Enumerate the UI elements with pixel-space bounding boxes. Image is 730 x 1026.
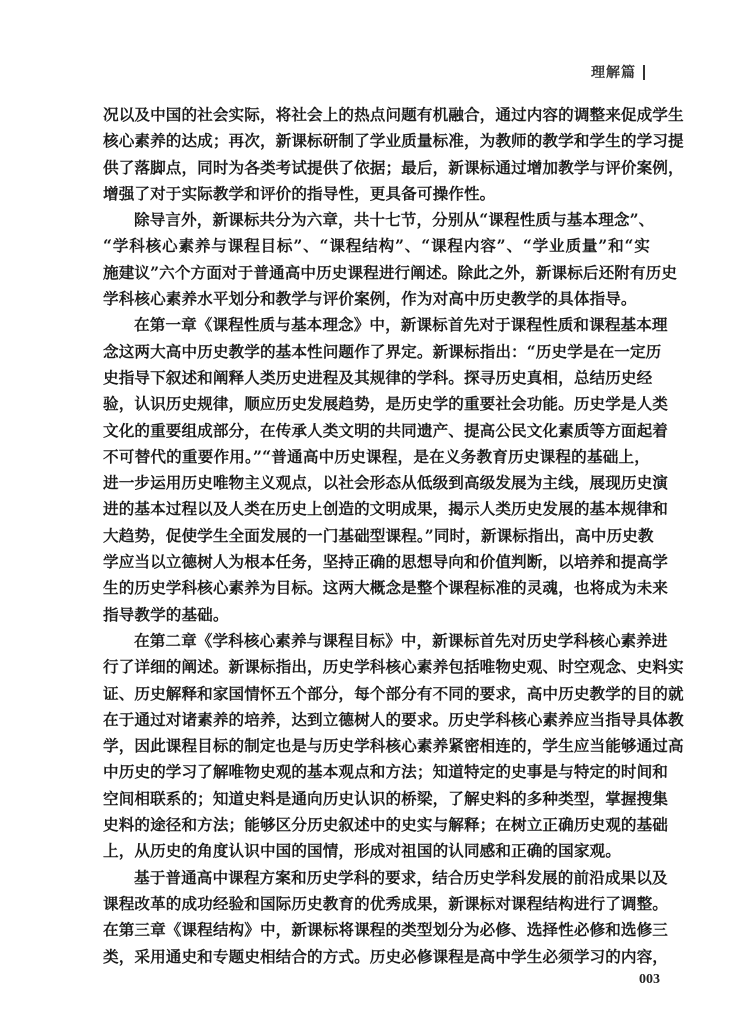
text-line: 课程改革的成功经验和国际历史教育的优秀成果，新课标对课程结构进行了调整。 — [103, 891, 650, 917]
text-line: 空间相联系的；知道史料是通向历史认识的桥梁，了解史料的多种类型，掌握搜集 — [103, 786, 650, 812]
text-line: 史指导下叙述和阐释人类历史进程及其规律的学科。探寻历史真相，总结历史经 — [103, 365, 650, 391]
text-line: 进一步运用历史唯物主义观点，以社会形态从低级到高级发展为主线，展现历史演 — [103, 470, 650, 496]
text-line: 学，因此课程目标的制定也是与历史学科核心素养紧密相连的，学生应当能够通过高 — [103, 733, 650, 759]
text-line: 上，从历史的角度认识中国的国情，形成对祖国的认同感和正确的国家观。 — [103, 838, 650, 864]
text-line: 在第三章《课程结构》中，新课标将课程的类型划分为必修、选择性必修和选修三 — [103, 917, 650, 943]
text-line: 史料的途径和方法；能够区分历史叙述中的史实与解释；在树立正确历史观的基础 — [103, 812, 650, 838]
running-header: 理解篇 — [591, 62, 645, 82]
paragraph: 除导言外，新课标共分为六章，共十七节，分别从“课程性质与基本理念”、“学科核心素… — [103, 207, 650, 312]
text-line: 验，认识历史规律，顺应历史发展趋势，是历史学的重要社会功能。历史学是人类 — [103, 391, 650, 417]
paragraph: 在第二章《学科核心素养与课程目标》中，新课标首先对历史学科核心素养进行了详细的阐… — [103, 628, 650, 865]
text-line: 类，采用通史和专题史相结合的方式。历史必修课程是高中学生必须学习的内容， — [103, 944, 650, 970]
text-line: 在第二章《学科核心素养与课程目标》中，新课标首先对历史学科核心素养进 — [103, 628, 650, 654]
text-line: 基于普通高中课程方案和历史学科的要求，结合历史学科发展的前沿成果以及 — [103, 865, 650, 891]
paragraph: 况以及中国的社会实际，将社会上的热点问题有机融合，通过内容的调整来促成学生核心素… — [103, 102, 650, 207]
section-title: 理解篇 — [591, 62, 636, 82]
text-line: 证、历史解释和家国情怀五个部分，每个部分有不同的要求，高中历史教学的目的就 — [103, 681, 650, 707]
text-line: 增强了对于实际教学和评价的指导性，更具备可操作性。 — [103, 181, 650, 207]
text-line: 指导教学的基础。 — [103, 602, 650, 628]
header-divider — [643, 65, 645, 80]
text-line: 文化的重要组成部分，在传承人类文明的共同遗产、提高公民文化素质等方面起着 — [103, 418, 650, 444]
text-line: “学科核心素养与课程目标”、“课程结构”、“课程内容”、“学业质量”和“实 — [103, 233, 650, 259]
text-line: 施建议”六个方面对于普通高中历史课程进行阐述。除此之外，新课标后还附有历史 — [103, 260, 650, 286]
paragraph: 在第一章《课程性质与基本理念》中，新课标首先对于课程性质和课程基本理念这两大高中… — [103, 312, 650, 628]
text-line: 供了落脚点，同时为各类考试提供了依据；最后，新课标通过增加教学与评价案例， — [103, 155, 650, 181]
text-line: 行了详细的阐述。新课标指出，历史学科核心素养包括唯物史观、时空观念、史料实 — [103, 654, 650, 680]
text-line: 除导言外，新课标共分为六章，共十七节，分别从“课程性质与基本理念”、 — [103, 207, 650, 233]
paragraph: 基于普通高中课程方案和历史学科的要求，结合历史学科发展的前沿成果以及课程改革的成… — [103, 865, 650, 970]
text-line: 学科核心素养水平划分和教学与评价案例，作为对高中历史教学的具体指导。 — [103, 286, 650, 312]
text-line: 中历史的学习了解唯物史观的基本观点和方法；知道特定的史事是与特定的时间和 — [103, 759, 650, 785]
text-line: 不可替代的重要作用。”“普通高中历史课程，是在义务教育历史课程的基础上， — [103, 444, 650, 470]
page-number: 003 — [639, 972, 660, 988]
text-line: 在于通过对诸素养的培养，达到立德树人的要求。历史学科核心素养应当指导具体教 — [103, 707, 650, 733]
text-line: 在第一章《课程性质与基本理念》中，新课标首先对于课程性质和课程基本理 — [103, 312, 650, 338]
body-text: 况以及中国的社会实际，将社会上的热点问题有机融合，通过内容的调整来促成学生核心素… — [103, 102, 650, 970]
text-line: 况以及中国的社会实际，将社会上的热点问题有机融合，通过内容的调整来促成学生 — [103, 102, 650, 128]
text-line: 核心素养的达成；再次，新课标研制了学业质量标准，为教师的教学和学生的学习提 — [103, 128, 650, 154]
text-line: 大趋势，促使学生全面发展的一门基础型课程。”同时，新课标指出，高中历史教 — [103, 523, 650, 549]
text-line: 生的历史学科核心素养为目标。这两大概念是整个课程标准的灵魂，也将成为未来 — [103, 575, 650, 601]
text-line: 念这两大高中历史教学的基本性问题作了界定。新课标指出：“历史学是在一定历 — [103, 339, 650, 365]
text-line: 进的基本过程以及人类在历史上创造的文明成果，揭示人类历史发展的基本规律和 — [103, 496, 650, 522]
text-line: 学应当以立德树人为根本任务，坚持正确的思想导向和价值判断，以培养和提高学 — [103, 549, 650, 575]
